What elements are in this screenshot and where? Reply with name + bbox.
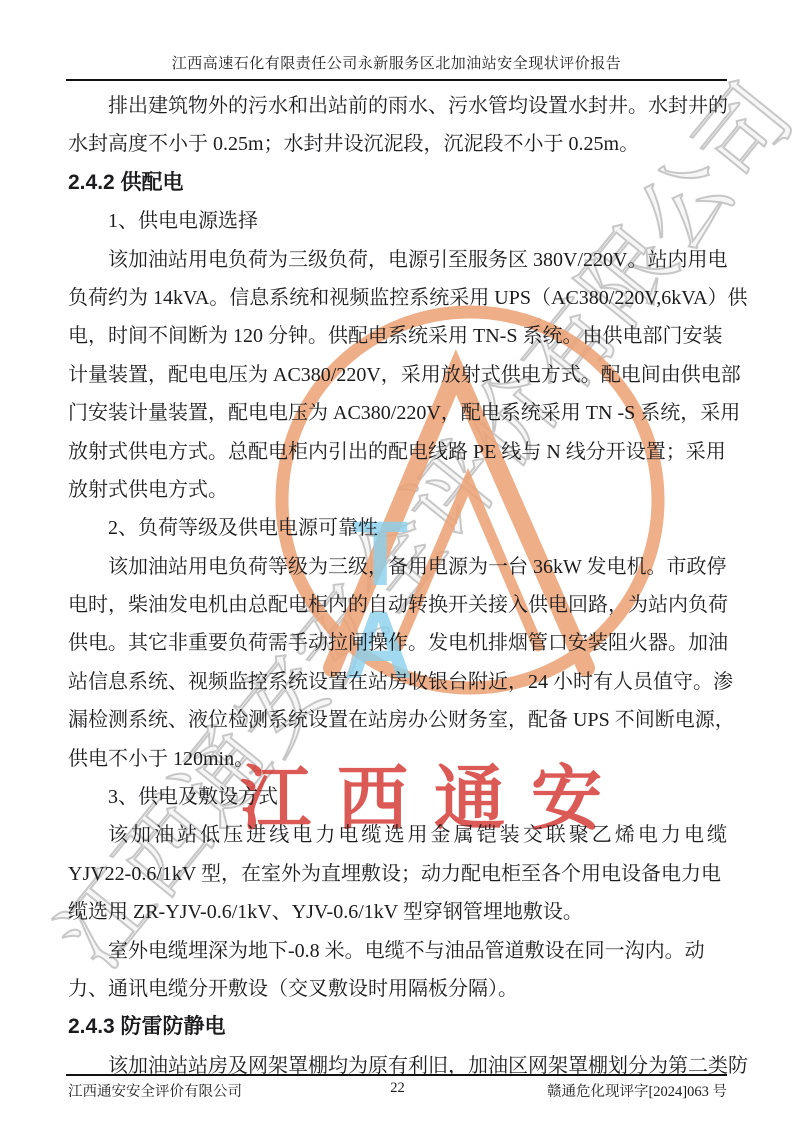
text-line: 2、负荷等级及供电电源可靠性 [68, 509, 727, 547]
page-header-title: 江西高速石化有限责任公司永新服务区北加油站安全现状评价报告 [66, 52, 727, 73]
text-line: YJV22-0.6/1kV 型，在室外为直埋敷设；动力配电柜至各个用电设备电力电 [68, 855, 727, 893]
text-line: 力、通讯电缆分开敷设（交叉敷设时用隔板分隔）。 [68, 970, 727, 1008]
section-heading: 2.4.2 供配电 [68, 164, 727, 202]
text-line: 放射式供电方式。总配电柜内引出的配电线路 PE 线与 N 线分开设置；采用 [68, 433, 727, 471]
footer-doc-number: 赣通危化现评字[2024]063 号 [547, 1080, 727, 1101]
text-line: 计量装置，配电电压为 AC380/220V，采用放射式供电方式。配电间由供电部 [68, 356, 727, 394]
text-line: 1、供电电源选择 [68, 202, 727, 240]
text-line: 3、供电及敷设方式 [68, 778, 727, 816]
footer-divider [66, 1074, 727, 1076]
text-line: 水封高度不小于 0.25m；水封井设沉泥段，沉泥段不小于 0.25m。 [68, 125, 727, 163]
text-line: 排出建筑物外的污水和出站前的雨水、污水管均设置水封井。水封井的 [68, 87, 727, 125]
document-page: 江西通安安全评价有限公司 T A 江西通安 江西高速石化有限责任公司永新服务区北… [0, 0, 794, 1123]
text-line: 放射式供电方式。 [68, 471, 727, 509]
text-line: 电，时间不间断为 120 分钟。供配电系统采用 TN-S 系统。由供电部门安装 [68, 317, 727, 355]
document-body: 排出建筑物外的污水和出站前的雨水、污水管均设置水封井。水封井的水封高度不小于 0… [68, 87, 727, 1085]
text-line: 门安装计量装置，配电电压为 AC380/220V，配电系统采用 TN -S 系统… [68, 394, 727, 432]
page-footer: 江西通安安全评价有限公司 22 赣通危化现评字[2024]063 号 [68, 1080, 727, 1104]
text-line: 该加油站用电负荷等级为三级，备用电源为一台 36kW 发电机。市政停 [68, 548, 727, 586]
text-line: 漏检测系统、液位检测系统设置在站房办公财务室，配备 UPS 不间断电源， [68, 701, 727, 739]
text-line: 该加油站低压进线电力电缆选用金属铠装交联聚乙烯电力电缆 [68, 816, 727, 854]
text-line: 室外电缆埋深为地下-0.8 米。电缆不与油品管道敷设在同一沟内。动 [68, 932, 727, 970]
text-line: 缆选用 ZR-YJV-0.6/1kV、YJV-0.6/1kV 型穿钢管埋地敷设。 [68, 893, 727, 931]
text-line: 电时，柴油发电机由总配电柜内的自动转换开关接入供电回路，为站内负荷 [68, 586, 727, 624]
section-heading: 2.4.3 防雷防静电 [68, 1008, 727, 1046]
header-divider [66, 79, 727, 81]
text-line: 该加油站用电负荷为三级负荷，电源引至服务区 380V/220V。站内用电 [68, 241, 727, 279]
text-line: 负荷约为 14kVA。信息系统和视频监控系统采用 UPS（AC380/220V,… [68, 279, 727, 317]
text-line: 站信息系统、视频监控系统设置在站房收银台附近，24 小时有人员值守。渗 [68, 663, 727, 701]
text-line: 供电。其它非重要负荷需手动拉闸操作。发电机排烟管口安装阻火器。加油 [68, 624, 727, 662]
text-line: 供电不小于 120min。 [68, 740, 727, 778]
